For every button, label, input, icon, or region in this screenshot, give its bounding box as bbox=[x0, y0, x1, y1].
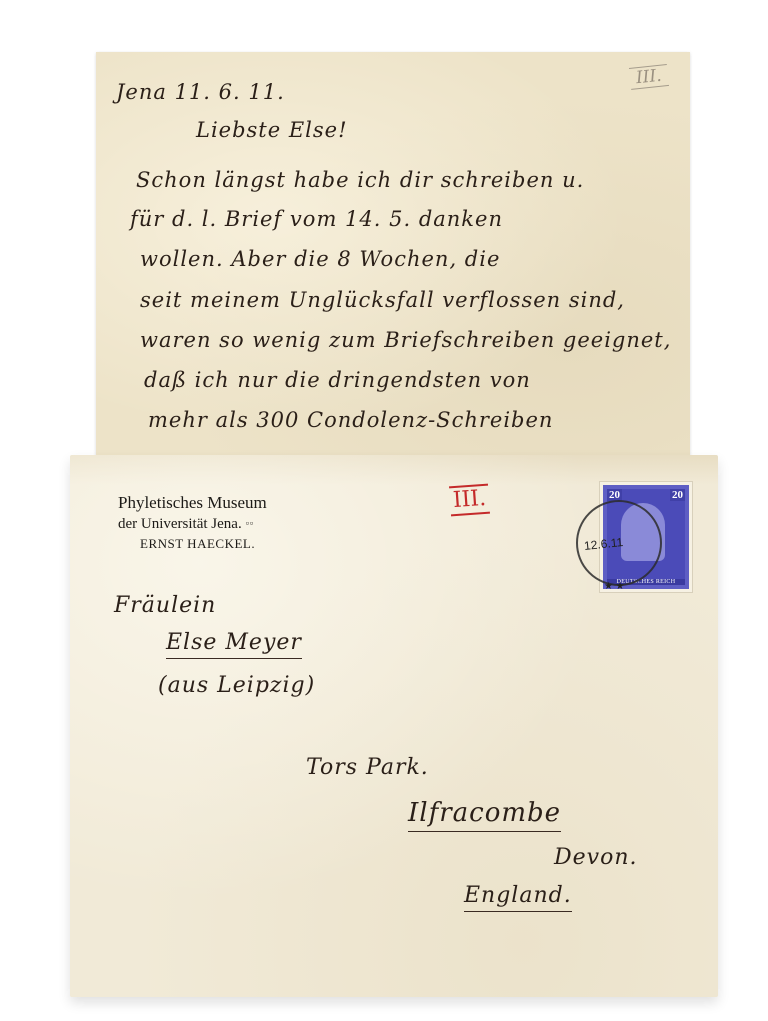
letter-dateline: Jena 11. 6. 11. bbox=[116, 80, 285, 104]
letter-line: mehr als 300 Condolenz-Schreiben bbox=[148, 408, 553, 432]
archive-numeral-red: III. bbox=[449, 484, 490, 517]
address-street: Tors Park. bbox=[306, 755, 429, 780]
letter-line: für d. l. Brief vom 14. 5. danken bbox=[130, 207, 503, 231]
letter-line: seit meinem Unglücksfall verflossen sind… bbox=[140, 288, 625, 312]
address-country: England. bbox=[464, 883, 572, 912]
sender-name: ERNST HAECKEL. bbox=[140, 534, 267, 554]
address-town: Ilfracombe bbox=[408, 798, 561, 832]
envelope: Phyletisches Museum der Universität Jena… bbox=[70, 455, 718, 997]
letter-line: Schon längst habe ich dir schreiben u. bbox=[136, 168, 584, 192]
handwritten-letter: III. Jena 11. 6. 11. Liebste Else! Schon… bbox=[96, 52, 690, 472]
letter-line: waren so wenig zum Briefschreiben geeign… bbox=[140, 328, 671, 352]
address-origin: (aus Leipzig) bbox=[158, 673, 315, 698]
letter-line: daß ich nur die dringendsten von bbox=[144, 368, 531, 392]
postmark-stars: ★ ★ bbox=[604, 581, 624, 592]
sender-institution: Phyletisches Museum bbox=[118, 492, 267, 513]
archive-numeral-pencil: III. bbox=[629, 64, 669, 90]
letter-line: wollen. Aber die 8 Wochen, die bbox=[140, 247, 500, 271]
address-salutation: Fräulein bbox=[114, 593, 216, 618]
printed-sender-block: Phyletisches Museum der Universität Jena… bbox=[118, 492, 267, 554]
sender-university: der Universität Jena.▫▫ bbox=[118, 513, 267, 534]
stamp-value: 20 bbox=[670, 489, 685, 501]
letter-salutation: Liebste Else! bbox=[196, 118, 348, 142]
ornament-icon: ▫▫ bbox=[246, 518, 254, 528]
address-name: Else Meyer bbox=[166, 630, 302, 659]
address-county: Devon. bbox=[554, 845, 638, 870]
